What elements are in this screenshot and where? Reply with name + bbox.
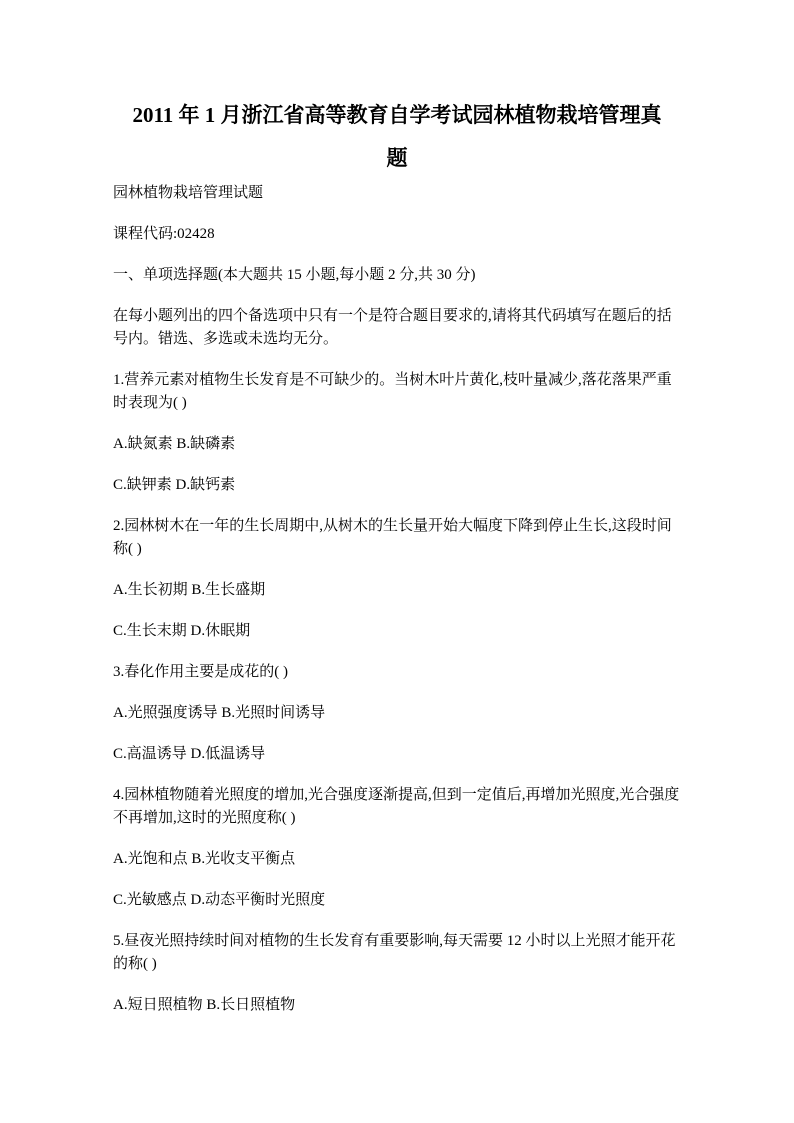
question-text: 4.园林植物随着光照度的增加,光合强度逐渐提高,但到一定值后,再增加光照度,光合… xyxy=(113,784,681,830)
question-option-row: C.高温诱导 D.低温诱导 xyxy=(113,743,681,766)
question-option-row: C.缺钾素 D.缺钙素 xyxy=(113,474,681,497)
section-heading: 一、单项选择题(本大题共 15 小题,每小题 2 分,共 30 分) xyxy=(113,264,681,287)
document-title-line-2: 题 xyxy=(113,137,681,180)
question-text: 5.昼夜光照持续时间对植物的生长发育有重要影响,每天需要 12 小时以上光照才能… xyxy=(113,930,681,976)
document-title: 2011 年 1 月浙江省高等教育自学考试园林植物栽培管理真 题 xyxy=(113,94,681,180)
section-instructions: 在每小题列出的四个备选项中只有一个是符合题目要求的,请将其代码填写在题后的括号内… xyxy=(113,305,681,351)
course-code: 课程代码:02428 xyxy=(113,223,681,246)
document-title-line-1: 2011 年 1 月浙江省高等教育自学考试园林植物栽培管理真 xyxy=(113,94,681,137)
document-subtitle: 园林植物栽培管理试题 xyxy=(113,182,681,205)
question-option-row: A.生长初期 B.生长盛期 xyxy=(113,579,681,602)
question-option-row: C.生长末期 D.休眠期 xyxy=(113,620,681,643)
questions-list: 1.营养元素对植物生长发育是不可缺少的。当树木叶片黄化,枝叶量减少,落花落果严重… xyxy=(113,369,681,1017)
question-option-row: A.光饱和点 B.光收支平衡点 xyxy=(113,848,681,871)
question-option-row: C.光敏感点 D.动态平衡时光照度 xyxy=(113,889,681,912)
question-text: 3.春化作用主要是成花的( ) xyxy=(113,661,681,684)
exam-document-page: 2011 年 1 月浙江省高等教育自学考试园林植物栽培管理真 题 园林植物栽培管… xyxy=(0,0,794,1123)
question-text: 2.园林树木在一年的生长周期中,从树木的生长量开始大幅度下降到停止生长,这段时间… xyxy=(113,515,681,561)
question-option-row: A.短日照植物 B.长日照植物 xyxy=(113,994,681,1017)
question-option-row: A.光照强度诱导 B.光照时间诱导 xyxy=(113,702,681,725)
question-text: 1.营养元素对植物生长发育是不可缺少的。当树木叶片黄化,枝叶量减少,落花落果严重… xyxy=(113,369,681,415)
question-option-row: A.缺氮素 B.缺磷素 xyxy=(113,433,681,456)
